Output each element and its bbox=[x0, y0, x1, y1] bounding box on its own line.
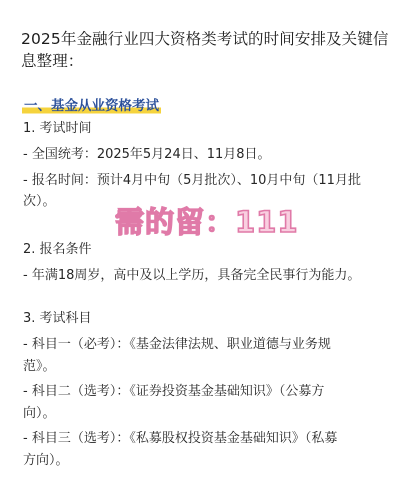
subheading-exam-subjects: 3. 考试科目 bbox=[23, 309, 92, 329]
cropped-next-line bbox=[23, 473, 133, 477]
subject-two-line: - 科目二（选考）：《证券投资基金基础知识》（公募方 bbox=[23, 382, 324, 402]
eligibility-line: - 年满18周岁，高中及以上学历，具备完全民事行为能力。 bbox=[23, 266, 360, 286]
document-title: 2025年金融行业四大资格类考试的时间安排及关键信息整理： bbox=[21, 28, 391, 72]
subject-one-line-cont: 范》。 bbox=[23, 357, 56, 377]
subheading-exam-time: 1. 考试时间 bbox=[23, 119, 92, 139]
registration-time-line-cont: 次）。 bbox=[23, 192, 56, 212]
exam-date-line: - 全国统考：2025年5月24日、11月8日。 bbox=[23, 145, 271, 165]
registration-time-line: - 报名时间：预计4月中旬（5月批次）、10月中旬（11月批 bbox=[23, 171, 361, 191]
document-page: 2025年金融行业四大资格类考试的时间安排及关键信息整理： 一、基金从业资格考试… bbox=[0, 0, 400, 480]
section-heading-fund-qualification: 一、基金从业资格考试 bbox=[22, 96, 161, 116]
subject-three-line-cont: 方向）。 bbox=[23, 451, 69, 471]
subject-three-line: - 科目三（选考）：《私募股权投资基金基础知识》（私募 bbox=[23, 429, 337, 449]
watermark-text: 需的留：111 bbox=[115, 205, 299, 239]
subject-one-line: - 科目一（必考）：《基金法律法规、职业道德与业务规 bbox=[23, 335, 331, 355]
subject-two-line-cont: 向）。 bbox=[23, 404, 56, 424]
subheading-eligibility: 2. 报名条件 bbox=[23, 240, 92, 260]
